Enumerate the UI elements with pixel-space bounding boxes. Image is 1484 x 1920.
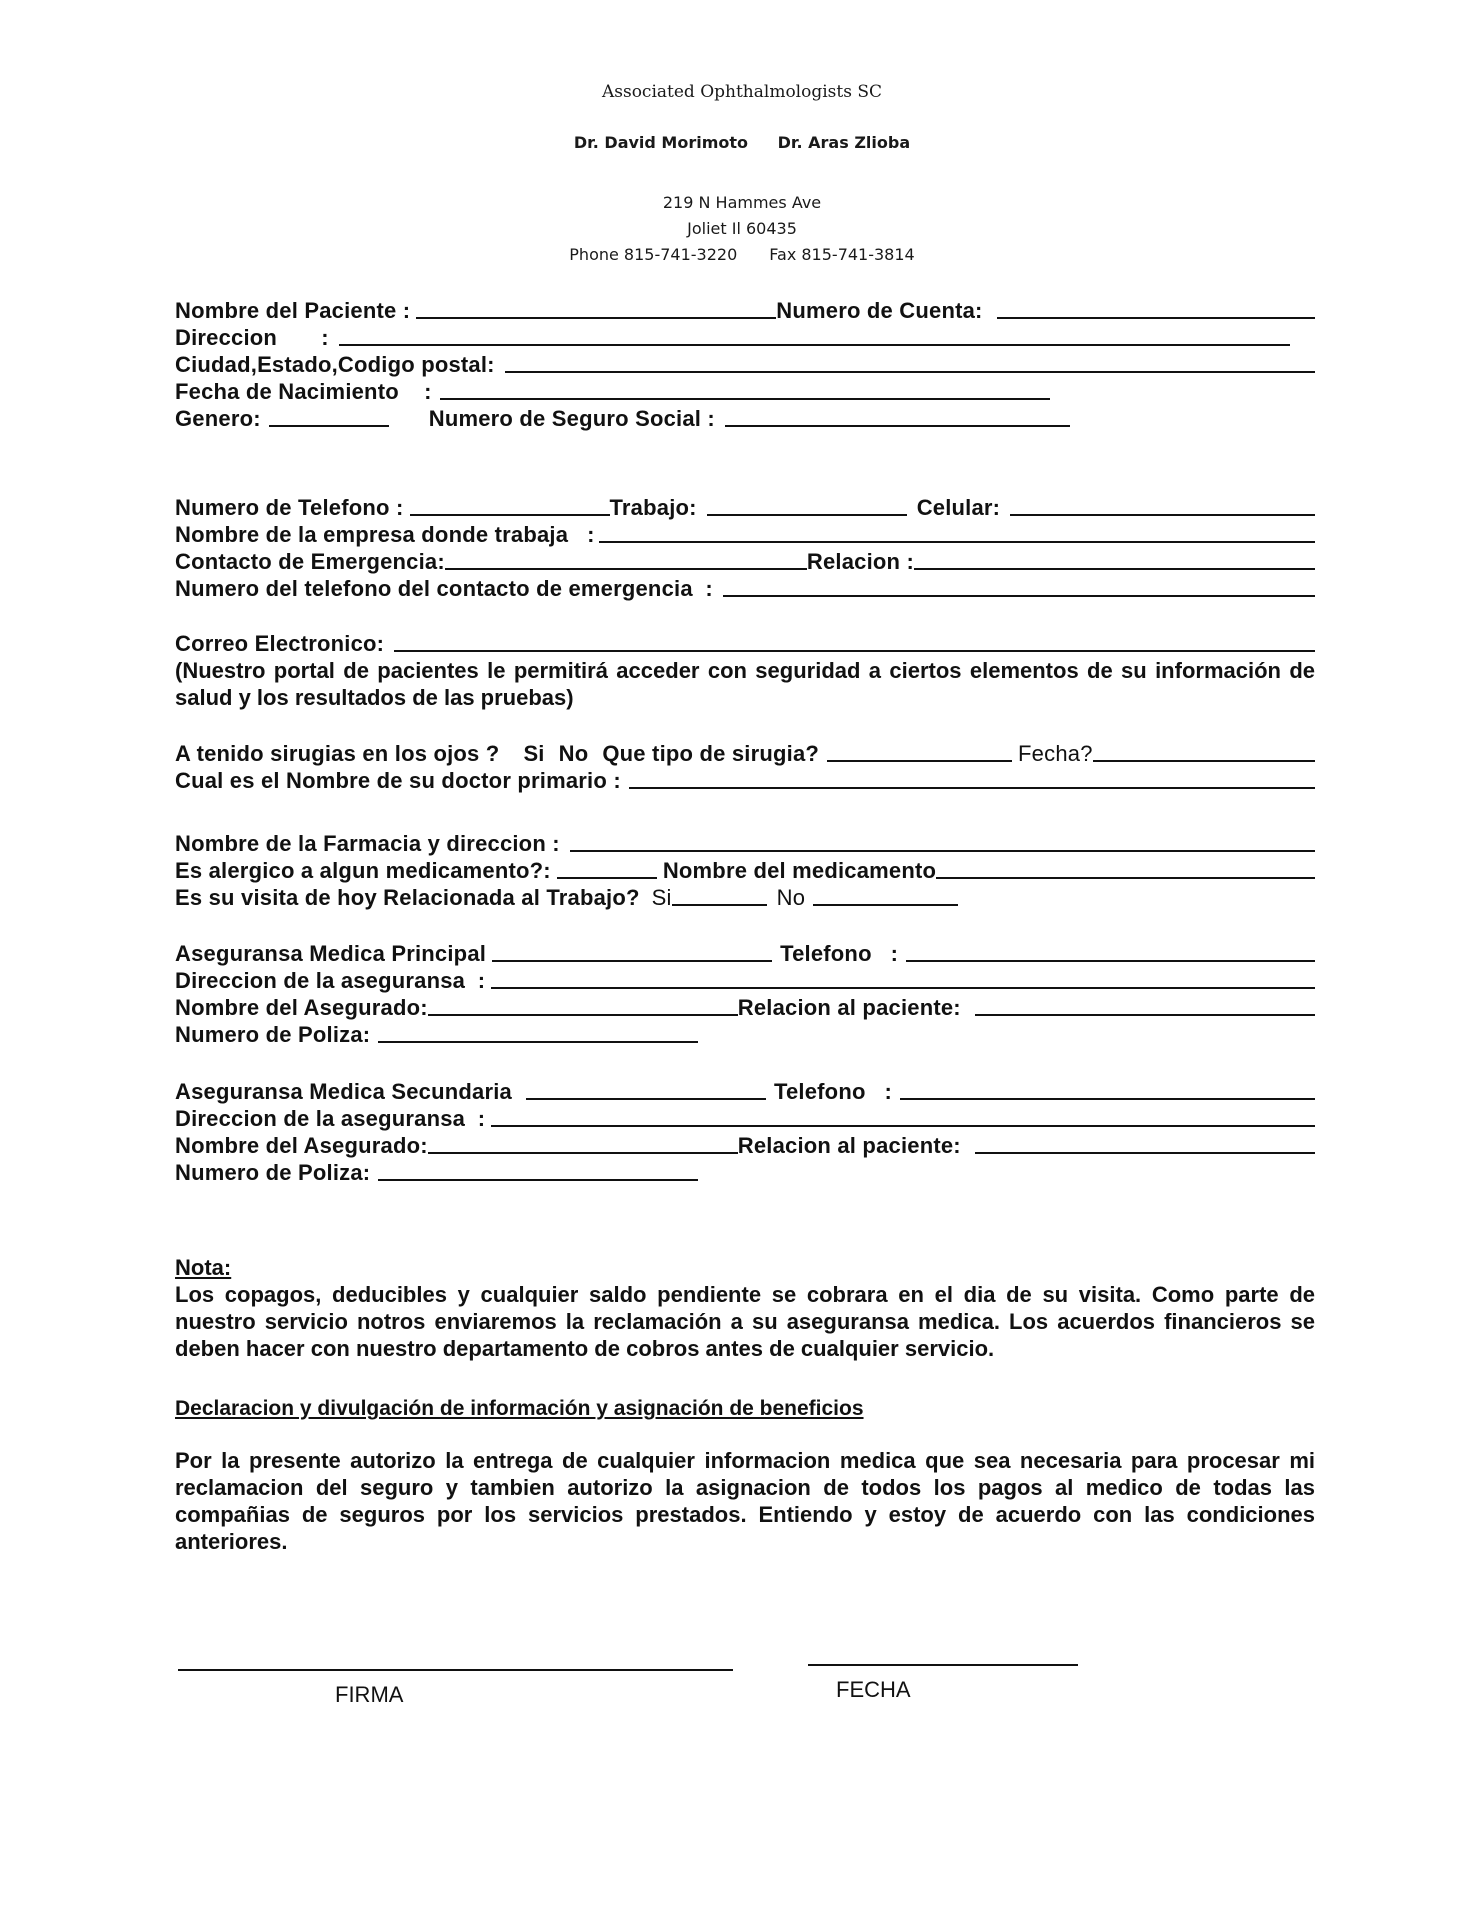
work-related-label: Es su visita de hoy Relacionada al Traba… [175, 885, 640, 911]
gender-field[interactable] [269, 424, 389, 427]
work-related-no-label: No [777, 885, 806, 911]
primary-insurance-phone-field[interactable] [906, 959, 1315, 962]
secondary-policy-field[interactable] [378, 1178, 698, 1181]
secondary-insurance-section: Aseguransa Medica Secundaria Telefono : … [175, 1078, 1315, 1186]
primary-insurance-address-field[interactable] [491, 986, 1315, 989]
email-label: Correo Electronico: [175, 631, 384, 657]
doctor-1: Dr. David Morimoto [574, 133, 748, 152]
emergency-phone-label: Numero del telefono del contacto de emer… [175, 576, 713, 602]
surgery-yes[interactable]: Si [523, 741, 544, 767]
date-label: FECHA [836, 1677, 911, 1703]
primary-insured-field[interactable] [428, 1013, 738, 1016]
date-line[interactable] [808, 1664, 1078, 1666]
note-title: Nota: [175, 1255, 1315, 1281]
secondary-insurance-phone-label: Telefono : [774, 1079, 892, 1105]
cell-field[interactable] [1010, 513, 1315, 516]
relation-label: Relacion : [807, 549, 914, 575]
surgery-section: A tenido sirugias en los ojos ? Si No Qu… [175, 740, 1315, 794]
employer-label: Nombre de la empresa donde trabaja : [175, 522, 595, 548]
surgery-date-label: Fecha? [1018, 741, 1093, 767]
allergic-field[interactable] [557, 876, 657, 879]
city-state-zip-field[interactable] [505, 370, 1315, 373]
work-field[interactable] [707, 513, 907, 516]
secondary-relation-label: Relacion al paciente: [738, 1133, 961, 1159]
gender-label: Genero: [175, 406, 261, 432]
cell-label: Celular: [917, 495, 1001, 521]
secondary-insurance-address-label: Direccion de la aseguransa : [175, 1106, 485, 1132]
ssn-label: Numero de Seguro Social : [429, 406, 715, 432]
primary-relation-field[interactable] [975, 1013, 1315, 1016]
phone-field[interactable] [410, 513, 610, 516]
dob-label: Fecha de Nacimiento : [175, 379, 432, 405]
account-field[interactable] [997, 316, 1315, 319]
dob-field[interactable] [440, 397, 1050, 400]
work-related-yes-label: Si [652, 885, 672, 911]
primary-policy-field[interactable] [378, 1040, 698, 1043]
secondary-relation-field[interactable] [975, 1151, 1315, 1154]
secondary-insurance-phone-field[interactable] [900, 1097, 1315, 1100]
signature-line[interactable] [178, 1669, 733, 1671]
medication-label: Nombre del medicamento [663, 858, 936, 884]
practice-name: Associated Ophthalmologists SC [0, 82, 1484, 102]
email-section: Correo Electronico: (Nuestro portal de p… [175, 630, 1315, 711]
secondary-insured-label: Nombre del Asegurado: [175, 1133, 428, 1159]
declaration-title: Declaracion y divulgación de información… [175, 1397, 1315, 1421]
primary-insurance-label: Aseguransa Medica Principal [175, 941, 486, 967]
primary-insurance-field[interactable] [492, 959, 772, 962]
work-related-no-field[interactable] [813, 903, 958, 906]
address-label: Direccion : [175, 325, 329, 351]
declaration-text: Por la presente autorizo la entrega de c… [175, 1447, 1315, 1555]
doctor-2: Dr. Aras Zlioba [778, 133, 911, 152]
secondary-insured-field[interactable] [428, 1151, 738, 1154]
patient-name-field[interactable] [416, 316, 776, 319]
primary-insurance-phone-label: Telefono : [780, 941, 898, 967]
primary-relation-label: Relacion al paciente: [738, 995, 961, 1021]
surgery-date-field[interactable] [1093, 759, 1315, 762]
primary-insured-label: Nombre del Asegurado: [175, 995, 428, 1021]
secondary-insurance-field[interactable] [526, 1097, 766, 1100]
emergency-phone-field[interactable] [723, 594, 1315, 597]
primary-policy-label: Numero de Poliza: [175, 1022, 370, 1048]
note-text: Los copagos, deducibles y cualquier sald… [175, 1281, 1315, 1362]
pharmacy-section: Nombre de la Farmacia y direccion : Es a… [175, 830, 1315, 911]
signature-label: FIRMA [335, 1682, 403, 1708]
patient-section: Nombre del Paciente : Numero de Cuenta: … [175, 297, 1315, 432]
doctors: Dr. David Morimoto Dr. Aras Zlioba [0, 133, 1484, 152]
work-label: Trabajo: [610, 495, 697, 521]
note-section: Nota: Los copagos, deducibles y cualquie… [175, 1255, 1315, 1362]
surgery-question: A tenido sirugias en los ojos ? [175, 741, 499, 767]
patient-name-label: Nombre del Paciente : [175, 298, 410, 324]
practice-address: 219 N Hammes Ave Joliet Il 60435 Phone 8… [0, 190, 1484, 268]
email-field[interactable] [394, 649, 1315, 652]
phone: Phone 815-741-3220 [569, 245, 737, 264]
relation-field[interactable] [914, 567, 1315, 570]
secondary-policy-label: Numero de Poliza: [175, 1160, 370, 1186]
secondary-insurance-address-field[interactable] [491, 1124, 1315, 1127]
fax: Fax 815-741-3814 [769, 245, 914, 264]
secondary-insurance-label: Aseguransa Medica Secundaria [175, 1079, 512, 1105]
primary-insurance-section: Aseguransa Medica Principal Telefono : D… [175, 940, 1315, 1048]
emergency-label: Contacto de Emergencia: [175, 549, 445, 575]
surgery-type-label: Que tipo de sirugia? [602, 741, 819, 767]
primary-doctor-field[interactable] [629, 786, 1315, 789]
surgery-no[interactable]: No [559, 741, 589, 767]
contact-section: Numero de Telefono : Trabajo: Celular: N… [175, 494, 1315, 602]
work-related-yes-field[interactable] [672, 903, 767, 906]
street: 219 N Hammes Ave [0, 190, 1484, 216]
city-state-zip-label: Ciudad,Estado,Codigo postal: [175, 352, 495, 378]
pharmacy-label: Nombre de la Farmacia y direccion : [175, 831, 560, 857]
allergic-label: Es alergico a algun medicamento?: [175, 858, 551, 884]
primary-insurance-address-label: Direccion de la aseguransa : [175, 968, 485, 994]
primary-doctor-label: Cual es el Nombre de su doctor primario … [175, 768, 621, 794]
declaration-section: Declaracion y divulgación de información… [175, 1397, 1315, 1555]
pharmacy-field[interactable] [570, 849, 1315, 852]
emergency-field[interactable] [445, 567, 807, 570]
medication-field[interactable] [936, 876, 1315, 879]
employer-field[interactable] [599, 540, 1315, 543]
city: Joliet Il 60435 [0, 216, 1484, 242]
portal-note: (Nuestro portal de pacientes le permitir… [175, 657, 1315, 711]
phone-label: Numero de Telefono : [175, 495, 404, 521]
account-label: Numero de Cuenta: [776, 298, 982, 324]
address-field[interactable] [339, 343, 1290, 346]
surgery-type-field[interactable] [827, 759, 1012, 762]
ssn-field[interactable] [725, 424, 1070, 427]
